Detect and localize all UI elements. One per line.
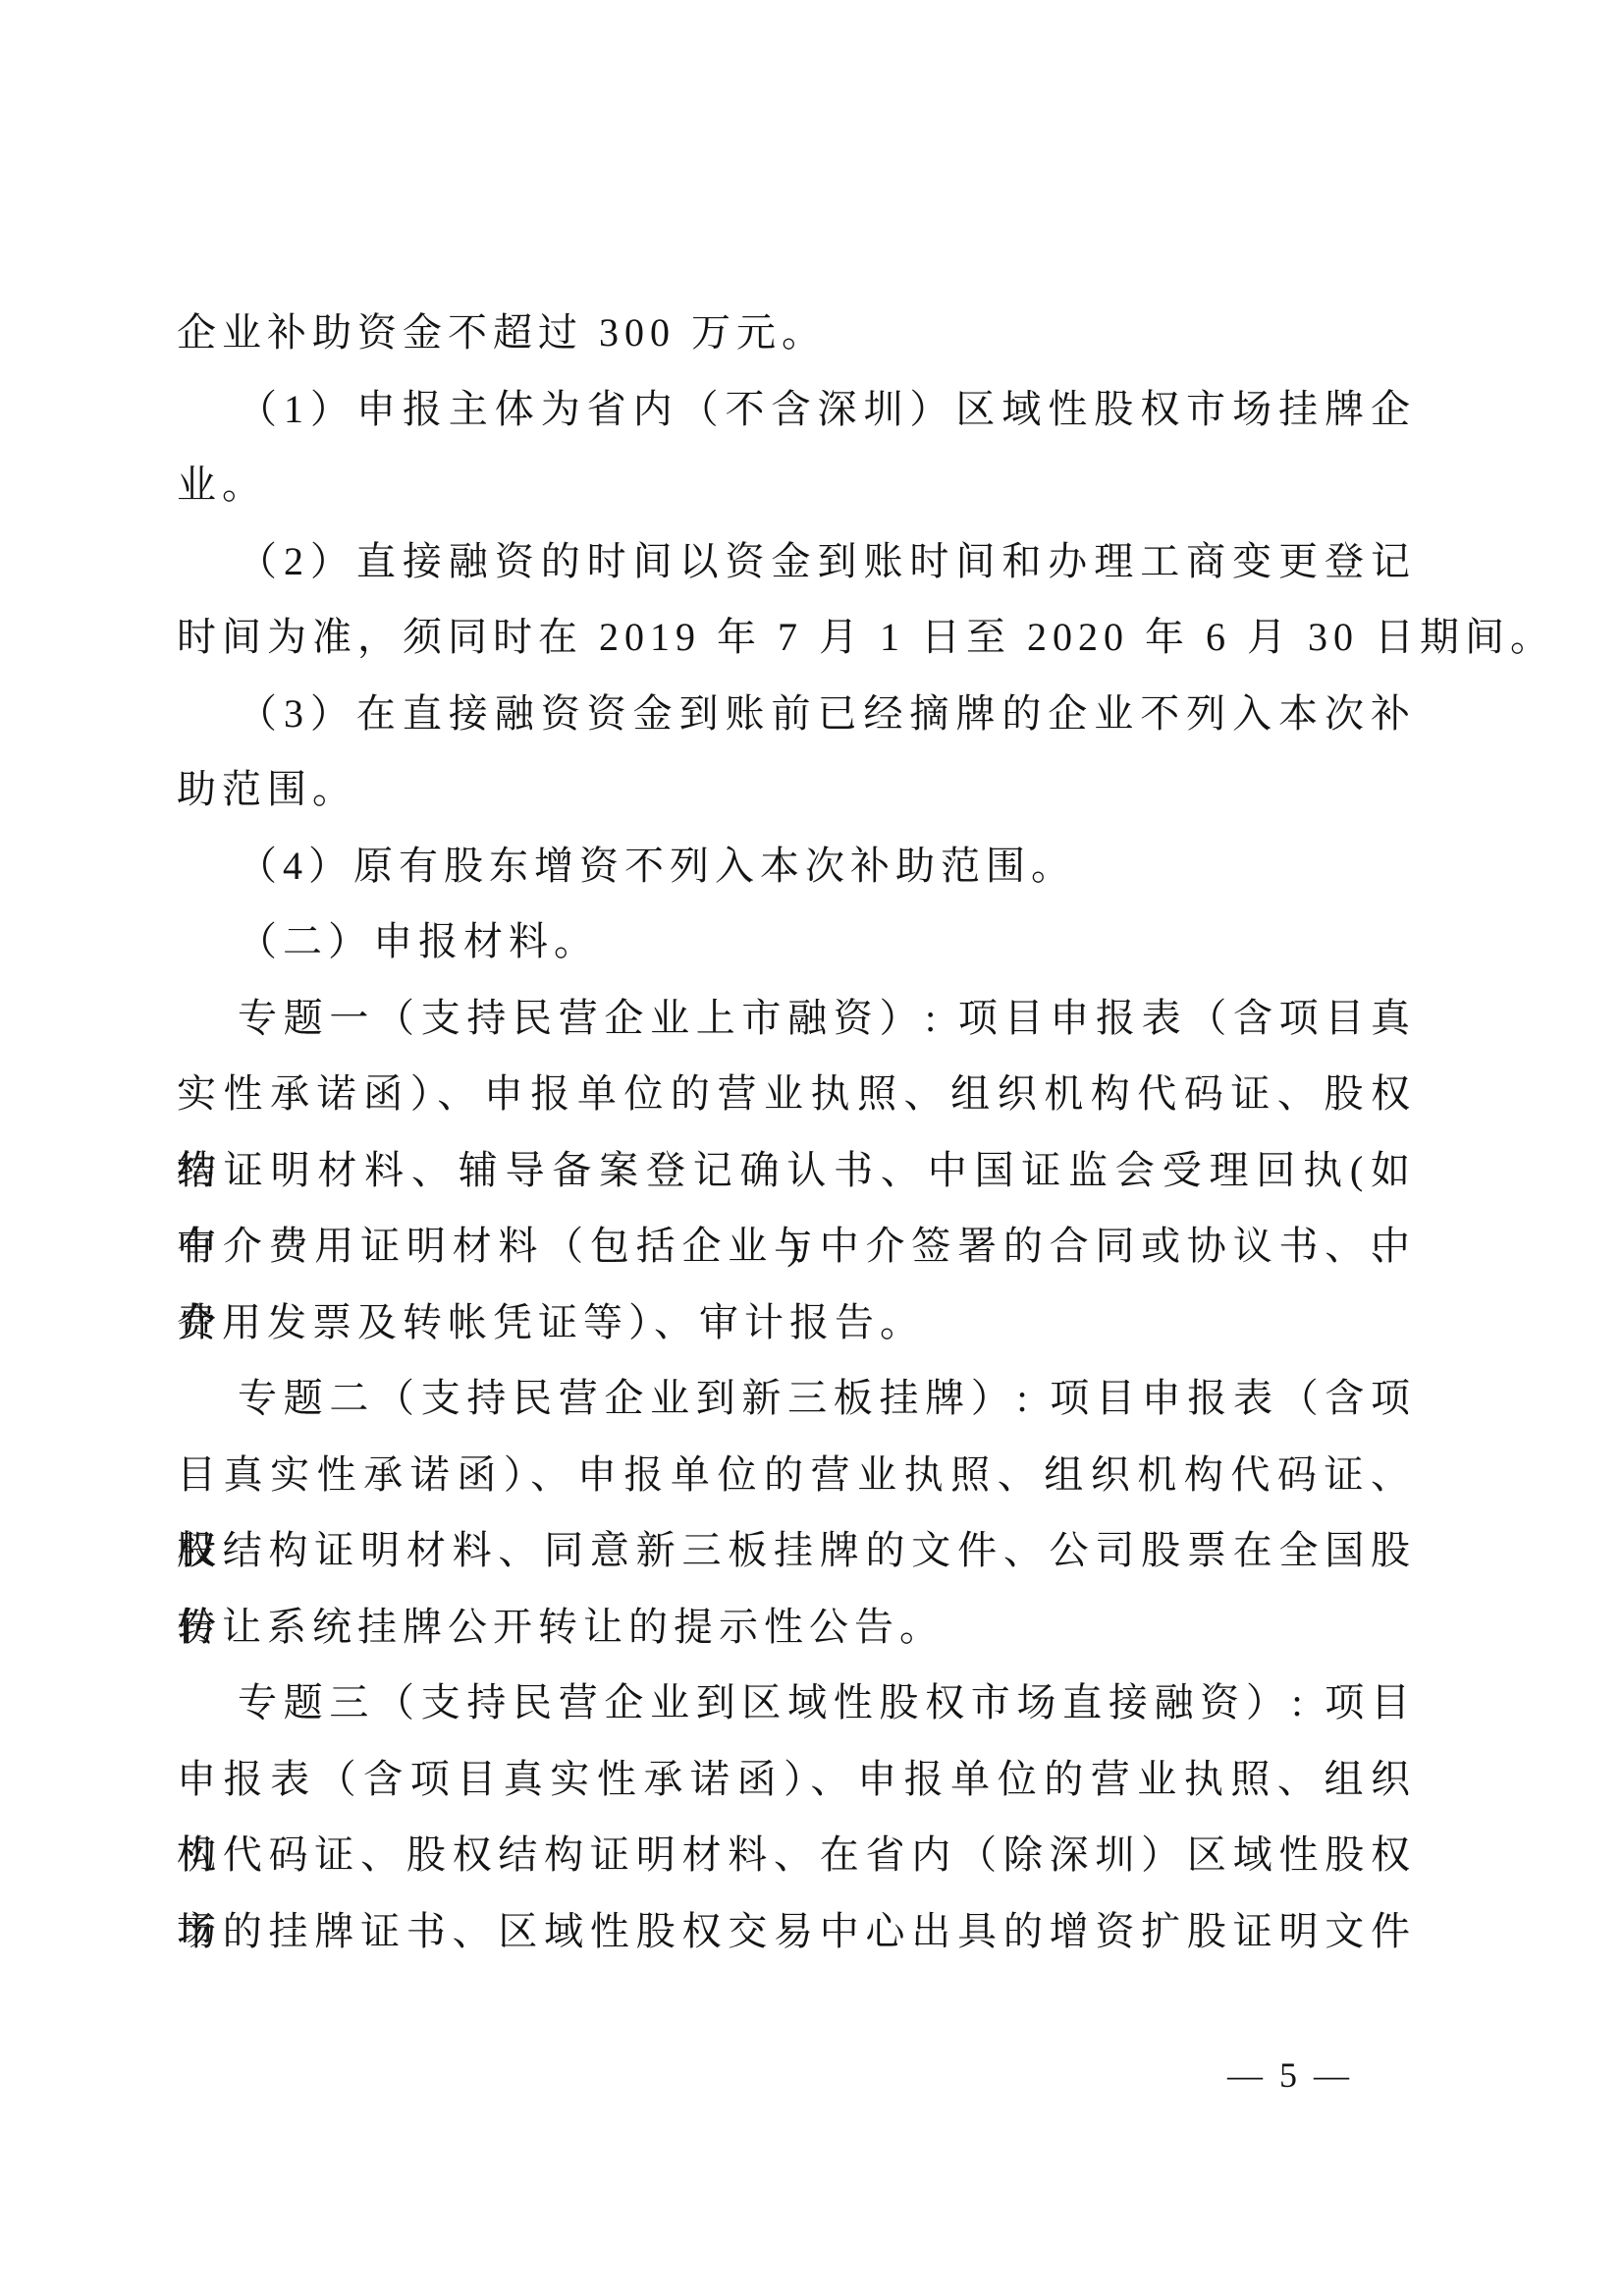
document-line: 专题二（支持民营企业到新三板挂牌）: 项目申报表（含项 — [177, 1360, 1416, 1437]
document-line: 业。 — [177, 447, 1416, 523]
document-line: 申报表（含项目真实性承诺函）、申报单位的营业执照、组织机 — [177, 1741, 1416, 1818]
document-line: 专题一（支持民营企业上市融资）: 项目申报表（含项目真 — [177, 980, 1416, 1057]
document-line: （4）原有股东增资不列入本次补助范围。 — [177, 828, 1416, 904]
document-line: 权结构证明材料、同意新三板挂牌的文件、公司股票在全国股份 — [177, 1512, 1416, 1589]
document-line: 企业补助资金不超过 300 万元。 — [177, 295, 1416, 371]
document-line: 构证明材料、辅导备案登记确认书、中国证监会受理回执(如有)、 — [177, 1132, 1416, 1209]
document-line: 实性承诺函）、申报单位的营业执照、组织机构代码证、股权结 — [177, 1056, 1416, 1132]
document-line: 构代码证、股权结构证明材料、在省内（除深圳）区域性股权市 — [177, 1817, 1416, 1893]
document-line: （2）直接融资的时间以资金到账时间和办理工商变更登记 — [177, 523, 1416, 600]
document-line: （二）申报材料。 — [177, 903, 1416, 980]
document-line: 场的挂牌证书、区域性股权交易中心出具的增资扩股证明文件 — [177, 1893, 1416, 1970]
document-line: 转让系统挂牌公开转让的提示性公告。 — [177, 1589, 1416, 1666]
document-line: 中介费用证明材料（包括企业与中介签署的合同或协议书、中介 — [177, 1208, 1416, 1285]
document-body: 企业补助资金不超过 300 万元。（1）申报主体为省内（不含深圳）区域性股权市场… — [177, 295, 1416, 1969]
document-line: 时间为准，须同时在 2019 年 7 月 1 日至 2020 年 6 月 30 … — [177, 599, 1416, 676]
page-number: — 5 — — [1227, 2054, 1353, 2096]
document-line: 费用发票及转帐凭证等）、审计报告。 — [177, 1285, 1416, 1361]
document-line: 目真实性承诺函）、申报单位的营业执照、组织机构代码证、股 — [177, 1437, 1416, 1513]
document-line: 助范围。 — [177, 751, 1416, 828]
document-line: （3）在直接融资资金到账前已经摘牌的企业不列入本次补 — [177, 676, 1416, 752]
document-line: 专题三（支持民营企业到区域性股权市场直接融资）: 项目 — [177, 1665, 1416, 1741]
document-line: （1）申报主体为省内（不含深圳）区域性股权市场挂牌企 — [177, 371, 1416, 448]
document-page: { "document": { "lines": [ { "text": "企业… — [0, 0, 1623, 2296]
